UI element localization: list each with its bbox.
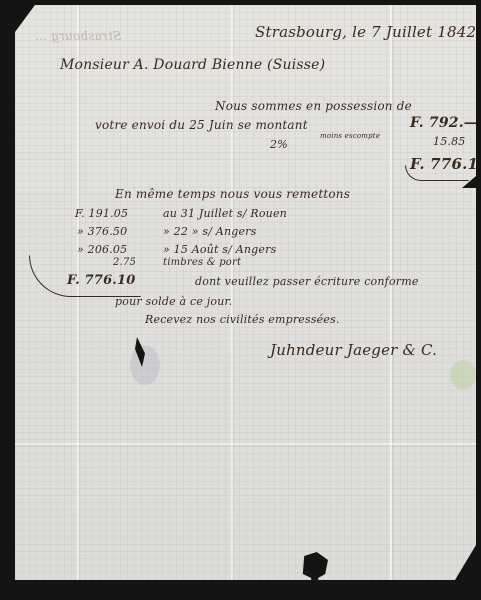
discount-amount: 15.85 (433, 135, 466, 148)
fold-line (231, 5, 233, 580)
rate: 2% (270, 138, 288, 151)
place-date: Strasbourg, le 7 Juillet 1842 (255, 23, 476, 41)
signature: Juhndeur Jaeger & C. (270, 341, 437, 359)
bleed-through-text: Strasbourg ... (35, 29, 121, 43)
green-stain (450, 360, 476, 390)
closing-line: pour solde à ce jour. (115, 295, 232, 308)
margin-note: moins escompte (320, 132, 380, 140)
remit-detail: » 15 Août s/ Angers (163, 243, 276, 256)
fold-line (15, 443, 476, 445)
paragraph-line: votre envoi du 25 Juin se montant (95, 118, 308, 132)
ink-stain (130, 345, 160, 385)
closing-line: dont veuillez passer écriture conforme (195, 275, 419, 288)
paragraph-line: En même temps nous vous remettons (115, 187, 350, 201)
fold-line (390, 5, 392, 580)
torn-hole (300, 552, 328, 592)
remit-detail: au 31 Juillet s/ Rouen (163, 207, 287, 220)
paragraph-line: Nous sommes en possession de (215, 99, 412, 113)
letter-paper: Strasbourg ... Strasbourg, le 7 Juillet … (15, 5, 476, 580)
salutation: Monsieur A. Douard Bienne (Suisse) (60, 57, 325, 73)
underline-flourish (405, 165, 469, 181)
remit-detail: timbres & port (163, 257, 241, 268)
remit-amount: F. 191.05 (75, 207, 128, 220)
remit-detail: » 22 » s/ Angers (163, 225, 256, 238)
gross-amount: F. 792.— (410, 115, 478, 131)
remit-amount: » 376.50 (77, 225, 127, 238)
closing-line: Recevez nos civilités empressées. (145, 313, 340, 326)
